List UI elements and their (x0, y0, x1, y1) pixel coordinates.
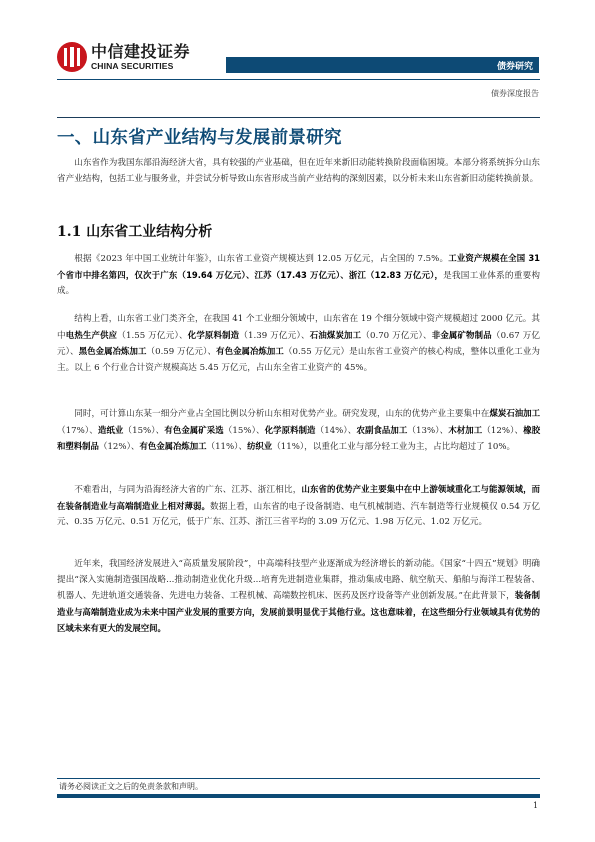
emphasized-text: 化学原料制造 (188, 330, 239, 340)
body-paragraph: 同时，可计算山东某一细分产业占全国比例以分析山东相对优势产业。研究发现，山东的优… (57, 406, 540, 456)
body-text: （14%）、 (316, 426, 357, 436)
body-text: （11%），以重化工业与部分轻工业为主，占比均超过了 10%。 (272, 442, 515, 452)
emphasized-text: 电热生产供应 (66, 330, 117, 340)
emphasized-text: 有色金属矿采选 (164, 425, 223, 435)
logo-chinese-name: 中信建投证券 (91, 44, 190, 60)
footer-divider (57, 778, 540, 779)
category-label: 债券研究 (497, 59, 533, 72)
emphasized-text: 有色金属冶炼加工 (216, 346, 284, 356)
section-intro: 山东省作为我国东部沿海经济大省，具有较强的产业基础，但在近年来新旧动能转换阶段面… (57, 156, 540, 187)
emphasized-text: 木材加工 (448, 425, 482, 435)
emphasized-text: 非金属矿物制品 (432, 330, 492, 340)
section-divider (57, 117, 540, 118)
subsection-title: 1.1 山东省工业结构分析 (57, 221, 212, 241)
company-logo: 中信建投证券 CHINA SECURITIES (57, 40, 207, 74)
body-text: （11%）、 (206, 442, 247, 452)
body-text: （15%）、 (123, 426, 164, 436)
emphasized-text: 农副食品加工 (357, 425, 408, 435)
body-text: （12%）、 (99, 442, 140, 452)
citic-logo-icon (57, 42, 87, 72)
header-category-bar: 债券研究 (226, 57, 539, 73)
body-text: 同时，可计算山东某一细分产业占全国比例以分析山东相对优势产业。研究发现，山东的优… (74, 409, 489, 419)
body-text: （12%）、 (482, 426, 523, 436)
body-text: （1.55 万亿元）、 (117, 331, 188, 341)
emphasized-text: 化学原料制造 (265, 425, 316, 435)
body-text: 不难看出，与同为沿海经济大省的广东、江苏、浙江相比， (74, 485, 301, 495)
emphasized-text: 纺织业 (247, 441, 272, 451)
body-text: （0.59 万亿元）、 (146, 347, 216, 357)
emphasized-text: 煤炭石油加工 (489, 408, 540, 418)
logo-english-name: CHINA SECURITIES (91, 62, 190, 71)
report-type-label: 债券深度报告 (491, 88, 539, 99)
body-text: （15%）、 (224, 426, 265, 436)
body-text: 根据《2023 年中国工业统计年鉴》，山东省工业资产规模达到 12.05 万亿元… (74, 254, 448, 264)
emphasized-text: 造纸业 (98, 425, 123, 435)
footer-bar (57, 794, 540, 798)
emphasized-text: 黑色金属冶炼加工 (79, 346, 147, 356)
page-number: 1 (533, 801, 538, 810)
header-divider (57, 79, 540, 80)
body-paragraph: 结构上看，山东省工业门类齐全，在我国 41 个工业细分领域中，山东省在 19 个… (57, 312, 540, 376)
body-text: 近年来，我国经济发展进入“高质量发展阶段”，中高端科技型产业逐渐成为经济增长的新… (57, 559, 540, 601)
disclaimer-text: 请务必阅读正文之后的免责条款和声明。 (59, 781, 203, 792)
body-text: （0.70 万亿元）、 (361, 331, 432, 341)
body-text: （13%）、 (407, 426, 448, 436)
body-paragraph: 近年来，我国经济发展进入“高质量发展阶段”，中高端科技型产业逐渐成为经济增长的新… (57, 557, 540, 638)
body-text: （1.39 万亿元）、 (239, 331, 310, 341)
body-paragraph: 不难看出，与同为沿海经济大省的广东、江苏、浙江相比，山东省的优势产业主要集中在中… (57, 482, 540, 531)
body-text: （17%）、 (57, 426, 98, 436)
section-title: 一、山东省产业结构与发展前景研究 (57, 124, 342, 149)
emphasized-text: 有色金属冶炼加工 (139, 441, 206, 451)
emphasized-text: 石油煤炭加工 (310, 330, 361, 340)
body-paragraph: 根据《2023 年中国工业统计年鉴》，山东省工业资产规模达到 12.05 万亿元… (57, 251, 540, 300)
